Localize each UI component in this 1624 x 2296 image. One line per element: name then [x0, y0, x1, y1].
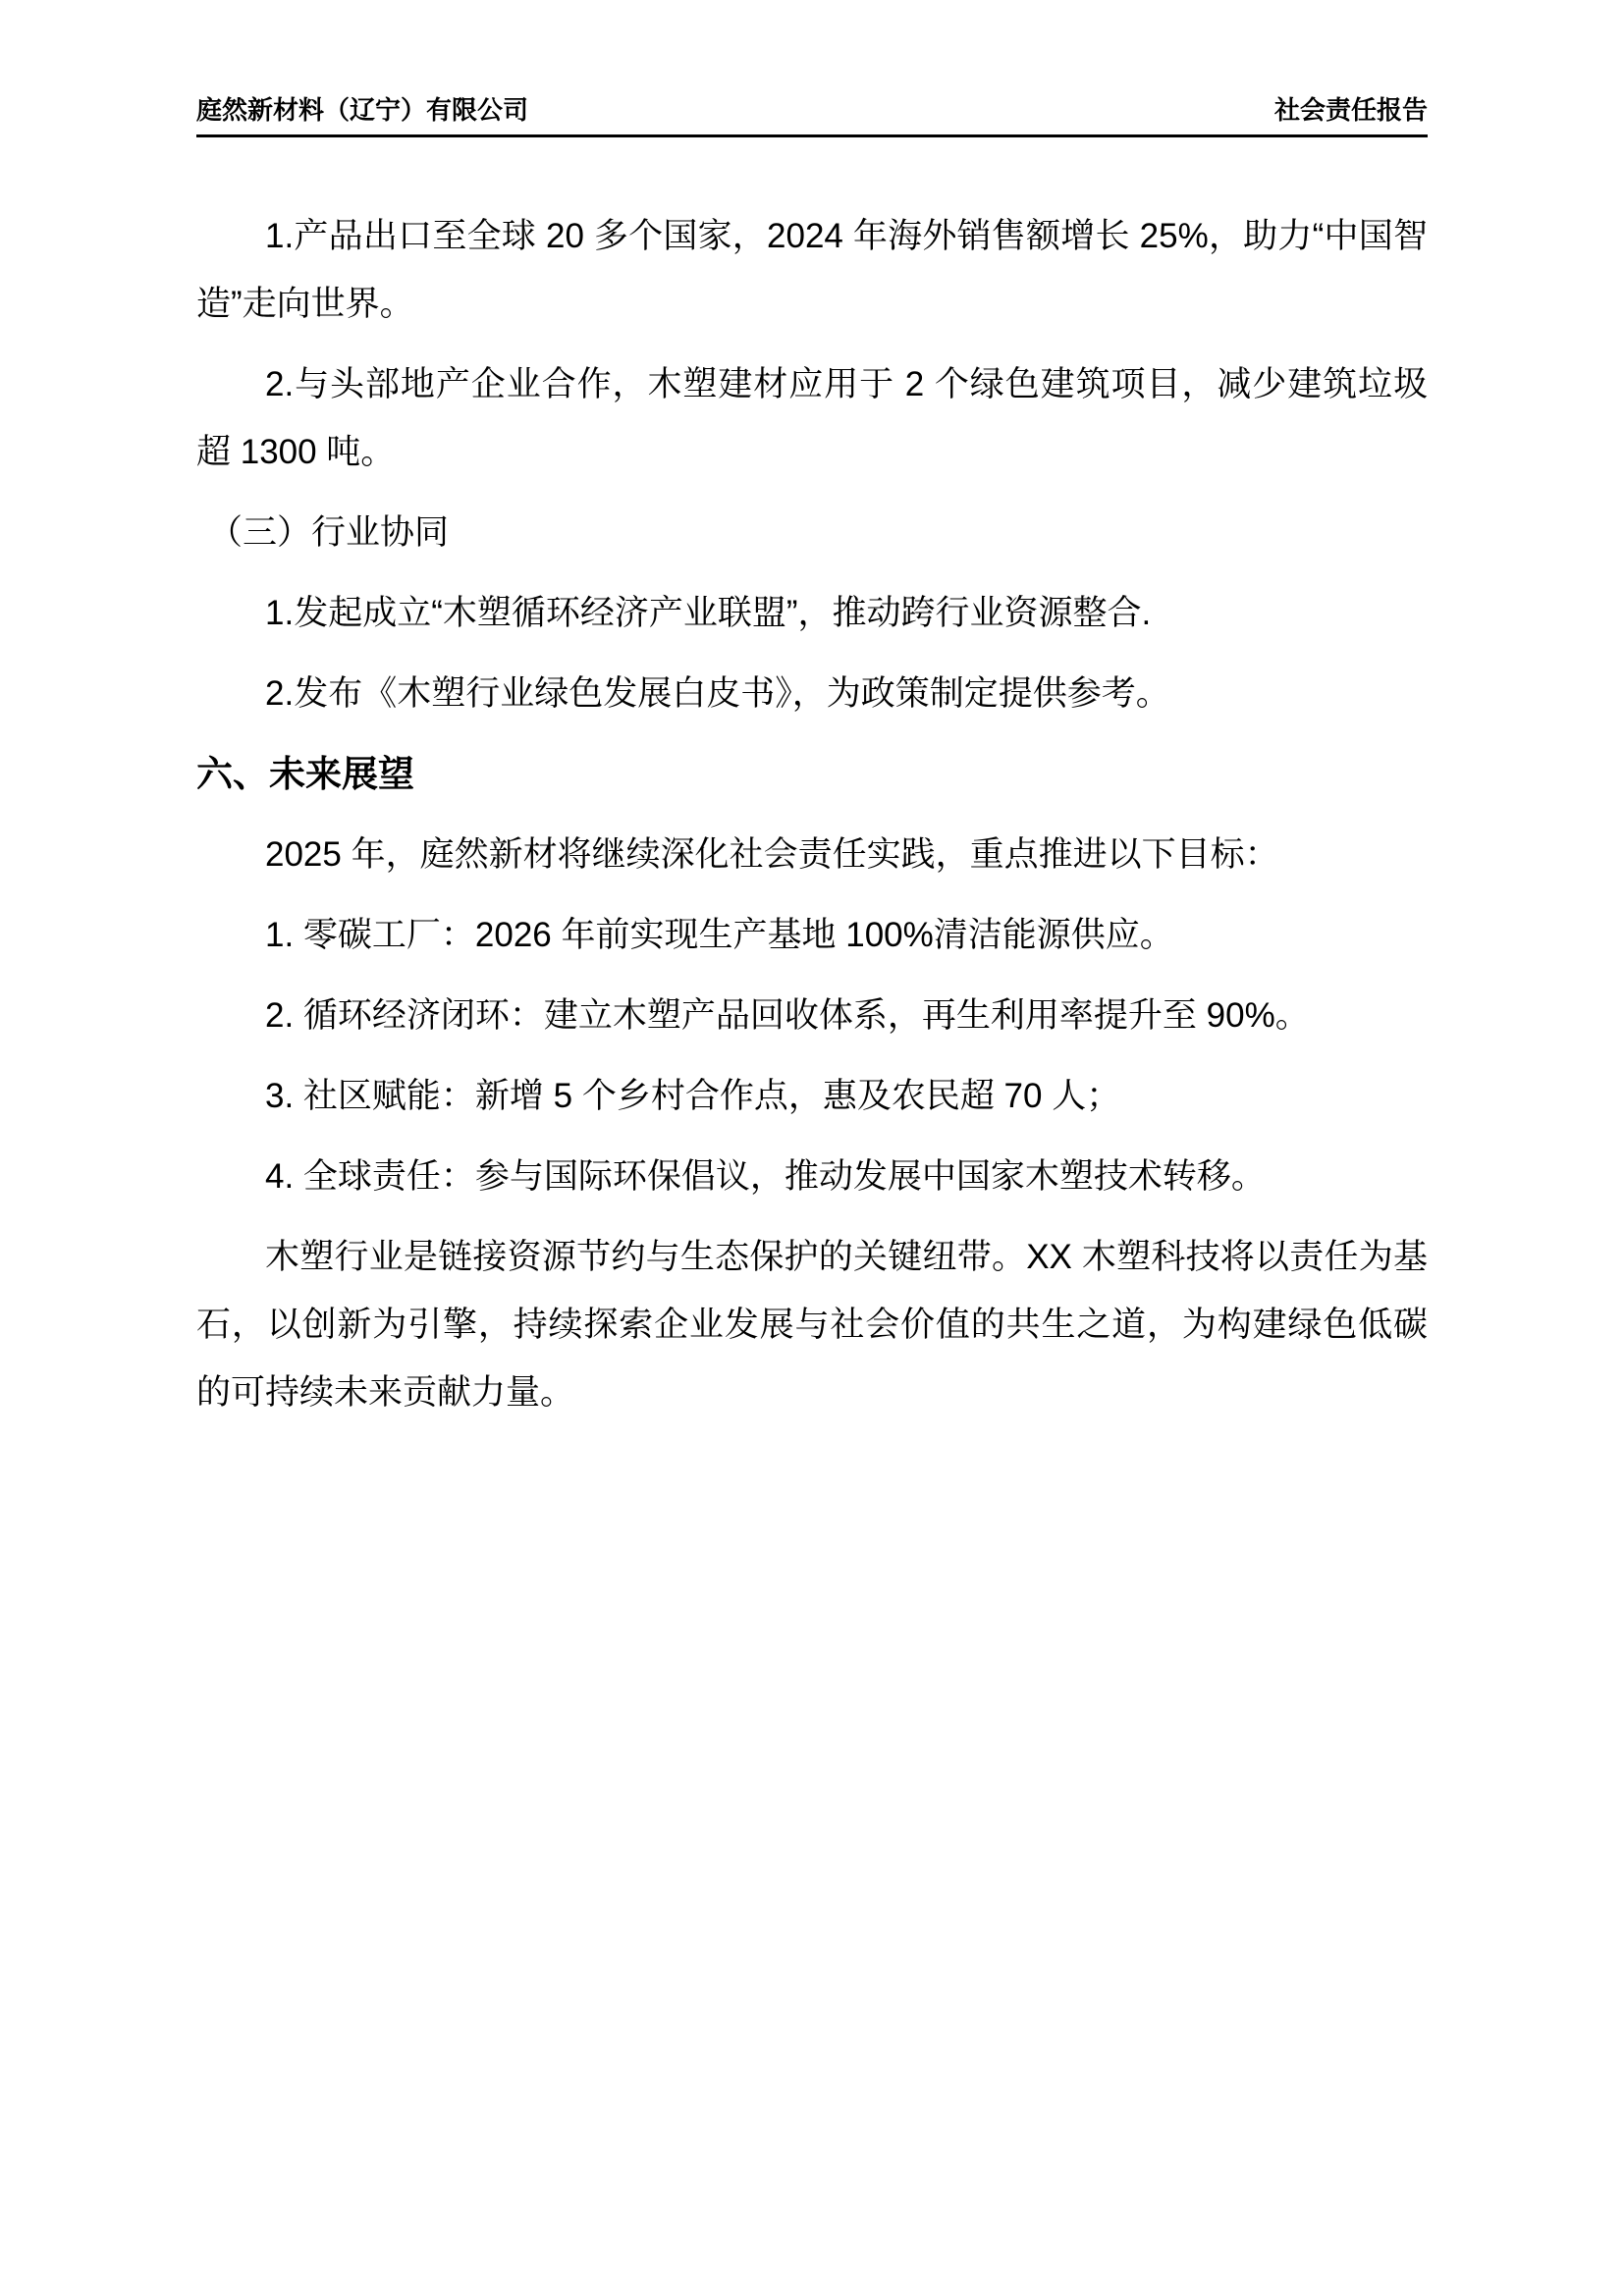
paragraph: 1. 零碳工厂：2026 年前实现生产基地 100%清洁能源供应。 — [196, 901, 1428, 969]
paragraph: 4. 全球责任：参与国际环保倡议，推动发展中国家木塑技术转移。 — [196, 1143, 1428, 1210]
paragraph: 2025 年，庭然新材将继续深化社会责任实践，重点推进以下目标： — [196, 821, 1428, 888]
paragraph: 2. 循环经济闭环：建立木塑产品回收体系，再生利用率提升至 90%。 — [196, 982, 1428, 1049]
document-body: 1.产品出口至全球 20 多个国家，2024 年海外销售额增长 25%，助力“中… — [196, 202, 1428, 1439]
paragraph: 1.发起成立“木塑循环经济产业联盟”，推动跨行业资源整合. — [196, 579, 1428, 647]
header-company-name: 庭然新材料（辽宁）有限公司 — [196, 95, 528, 127]
paragraph: 3. 社区赋能：新增 5 个乡村合作点，惠及农民超 70 人； — [196, 1062, 1428, 1130]
page-header: 庭然新材料（辽宁）有限公司 社会责任报告 — [196, 95, 1428, 137]
paragraph: 1.产品出口至全球 20 多个国家，2024 年海外销售额增长 25%，助力“中… — [196, 202, 1428, 338]
subsection-heading: （三）行业协同 — [196, 499, 1428, 566]
document-page: 庭然新材料（辽宁）有限公司 社会责任报告 1.产品出口至全球 20 多个国家，2… — [0, 0, 1624, 2296]
paragraph: 2.发布《木塑行业绿色发展白皮书》，为政策制定提供参考。 — [196, 660, 1428, 727]
header-report-title: 社会责任报告 — [1274, 95, 1428, 127]
section-heading: 六、未来展望 — [196, 740, 1428, 808]
paragraph: 木塑行业是链接资源节约与生态保护的关键纽带。XX 木塑科技将以责任为基石，以创新… — [196, 1223, 1428, 1426]
paragraph: 2.与头部地产企业合作，木塑建材应用于 2 个绿色建筑项目，减少建筑垃圾超 13… — [196, 350, 1428, 486]
